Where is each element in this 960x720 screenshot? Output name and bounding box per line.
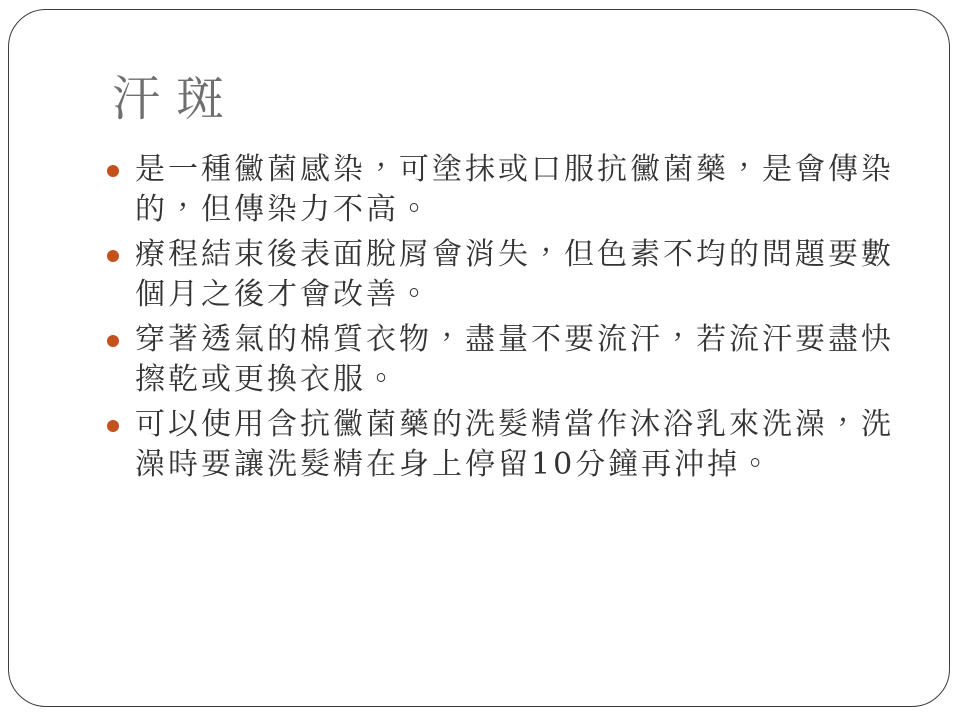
bullet-dot-icon [107, 335, 119, 347]
bullet-line: 個月之後才會改善。 [135, 275, 926, 315]
bullet-item: 療程結束後表面脫屑會消失，但色素不均的問題要數 個月之後才會改善。 [106, 235, 926, 315]
bullet-text: 是一種黴菌感染，可塗抹或口服抗黴菌藥，是會傳染 的，但傳染力不高。 [135, 150, 926, 230]
bullet-line: 澡時要讓洗髮精在身上停留10分鐘再沖掉。 [135, 445, 926, 485]
bullet-item: 穿著透氣的棉質衣物，盡量不要流汗，若流汗要盡快 擦乾或更換衣服。 [106, 320, 926, 400]
bullet-item: 是一種黴菌感染，可塗抹或口服抗黴菌藥，是會傳染 的，但傳染力不高。 [106, 150, 926, 230]
slide-title: 汗斑 [112, 72, 240, 127]
bullet-dot-icon [107, 250, 119, 262]
bullet-dot-icon [107, 165, 119, 177]
bullet-item: 可以使用含抗黴菌藥的洗髮精當作沐浴乳來洗澡，洗 澡時要讓洗髮精在身上停留10分鐘… [106, 405, 926, 485]
bullet-text: 療程結束後表面脫屑會消失，但色素不均的問題要數 個月之後才會改善。 [135, 235, 926, 315]
bullet-line: 穿著透氣的棉質衣物，盡量不要流汗，若流汗要盡快 [135, 320, 926, 360]
bullet-line: 是一種黴菌感染，可塗抹或口服抗黴菌藥，是會傳染 [135, 150, 926, 190]
slide-body: 是一種黴菌感染，可塗抹或口服抗黴菌藥，是會傳染 的，但傳染力不高。 療程結束後表… [106, 150, 926, 490]
bullet-line: 擦乾或更換衣服。 [135, 360, 926, 400]
bullet-line: 療程結束後表面脫屑會消失，但色素不均的問題要數 [135, 235, 926, 275]
bullet-line: 的，但傳染力不高。 [135, 190, 926, 230]
bullet-line: 可以使用含抗黴菌藥的洗髮精當作沐浴乳來洗澡，洗 [135, 405, 926, 445]
bullet-text: 可以使用含抗黴菌藥的洗髮精當作沐浴乳來洗澡，洗 澡時要讓洗髮精在身上停留10分鐘… [135, 405, 926, 485]
bullet-text: 穿著透氣的棉質衣物，盡量不要流汗，若流汗要盡快 擦乾或更換衣服。 [135, 320, 926, 400]
presentation-slide: 汗斑 是一種黴菌感染，可塗抹或口服抗黴菌藥，是會傳染 的，但傳染力不高。 療程結… [0, 0, 960, 720]
bullet-dot-icon [107, 420, 119, 432]
